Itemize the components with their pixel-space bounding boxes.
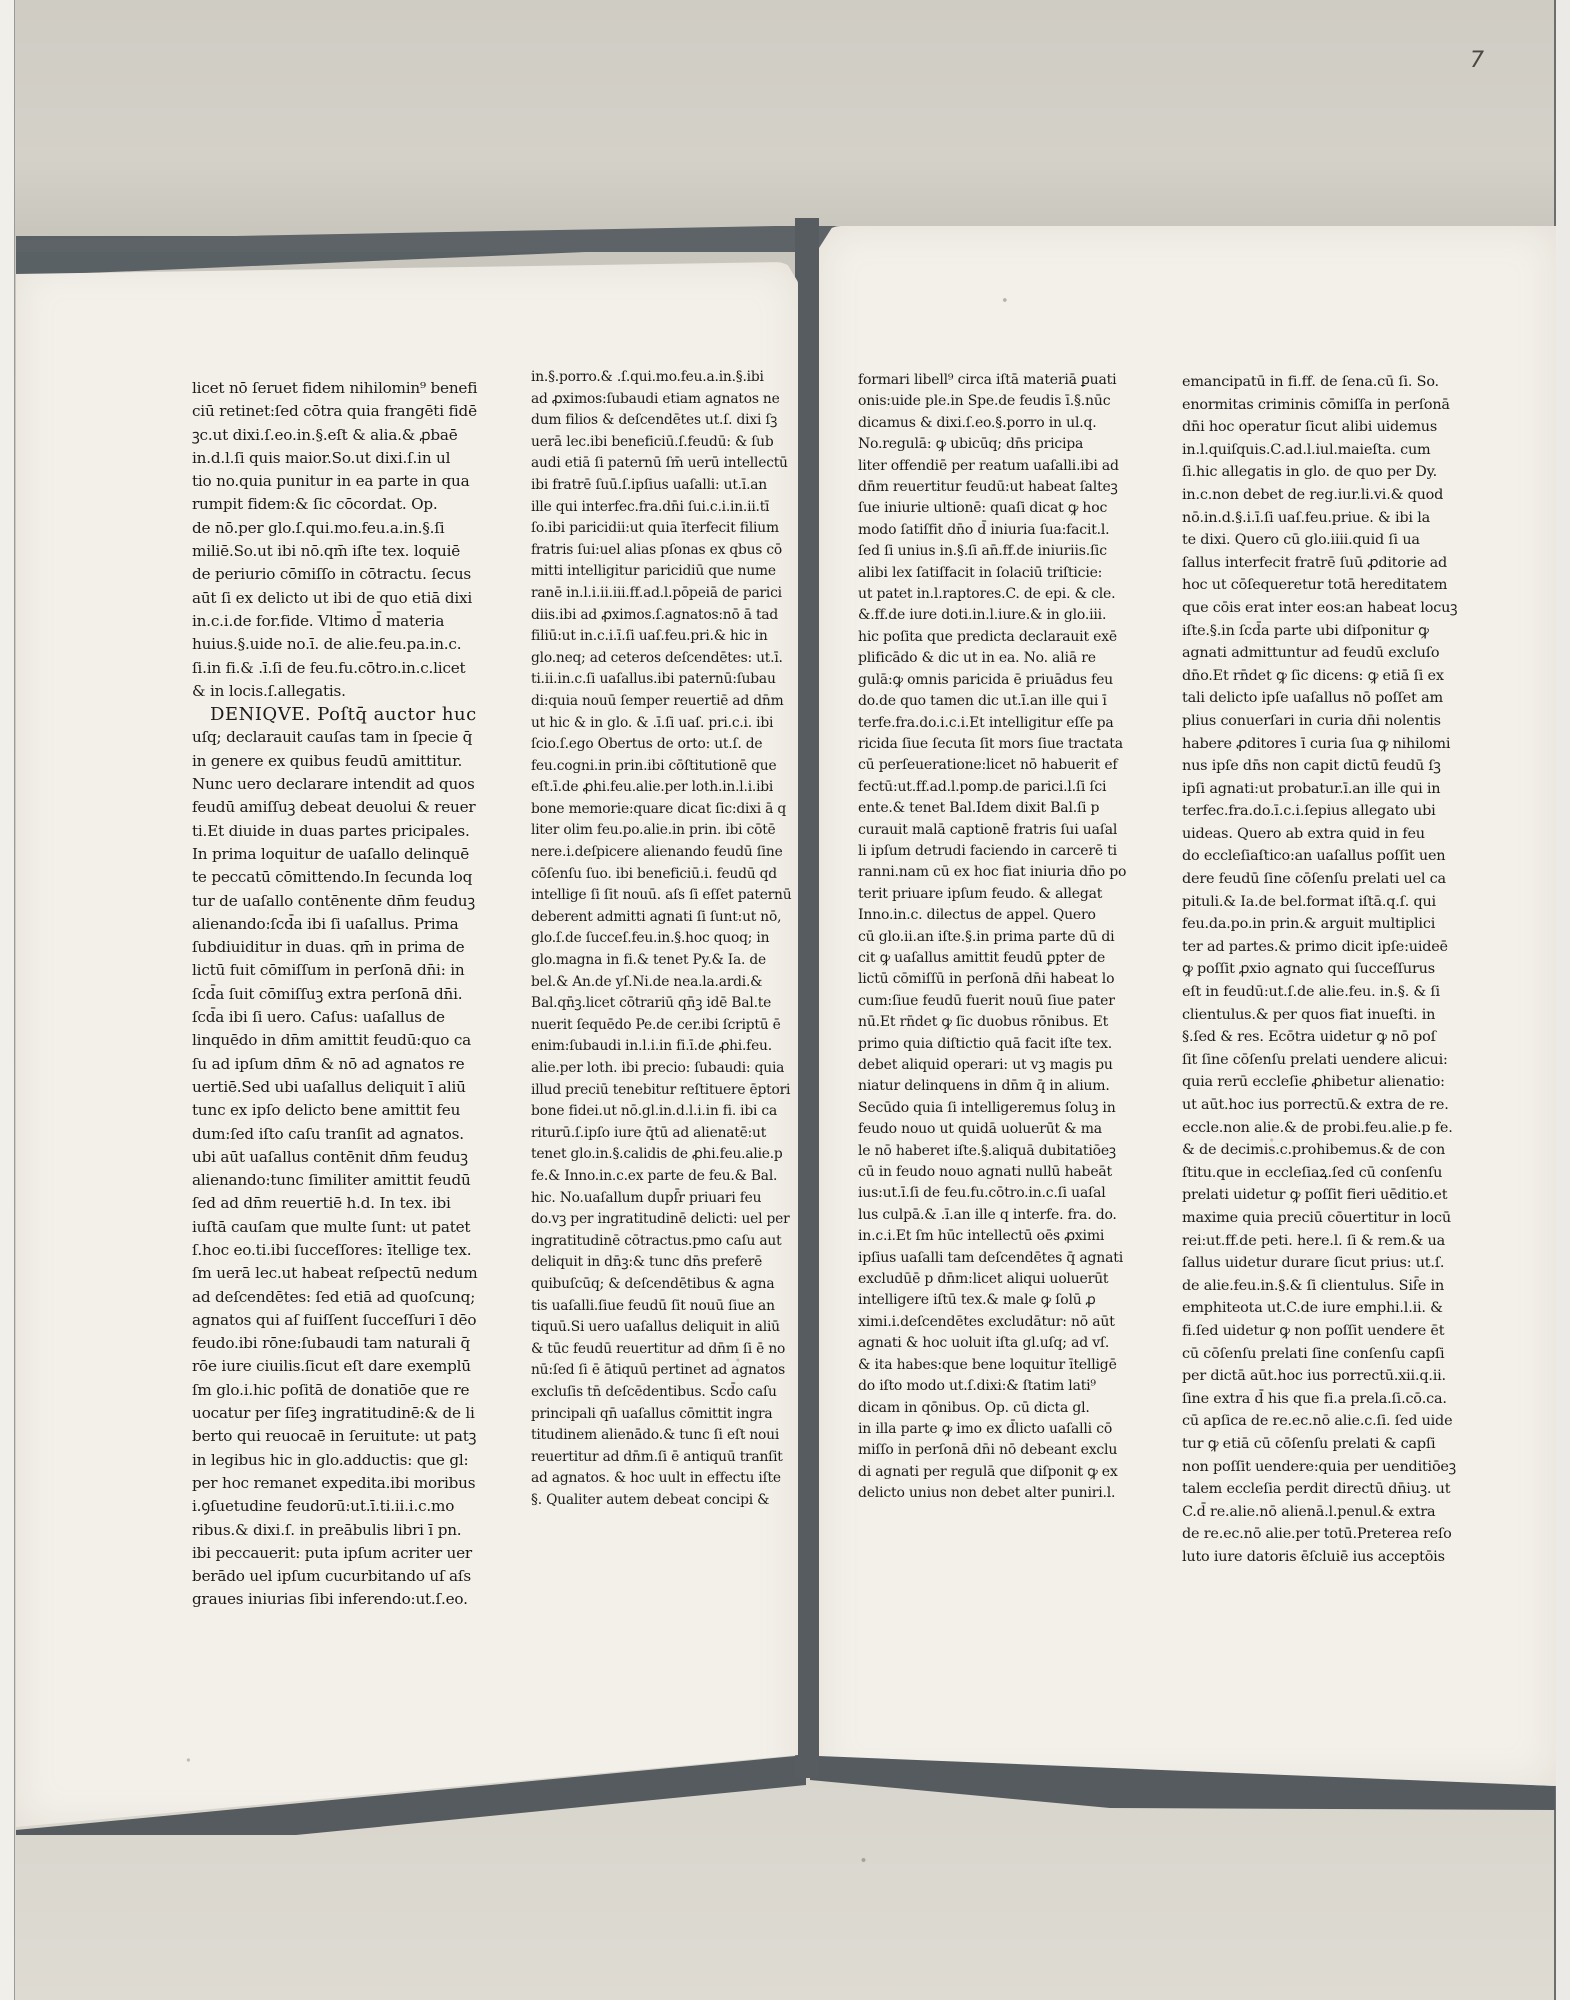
text-line: miſſo in perſonā dn̄i nō debeant exclu — [858, 1440, 1098, 1461]
text-line: bone memorie:quare dicat ſic:dixi ā q — [531, 799, 781, 821]
text-line: rei:ut.ff.de peti. here.l. ſi & rem.& ua — [1182, 1230, 1442, 1253]
text-line: fectū:ut.ff.ad.l.pomp.de parici.l.ſi ſci — [858, 777, 1098, 798]
text-line: tiquū.Si uero uaſallus deliquit in aliū — [531, 1317, 781, 1339]
text-line: ad ꝓximos:ſubaudi etiam agnatos ne — [531, 389, 781, 411]
text-line: niatur delinquens in dn̄m q̄ in alium. — [858, 1076, 1098, 1097]
text-line: ranē in.l.i.ii.iii.ff.ad.l.pōpeiā de par… — [531, 583, 781, 605]
text-line: tunc ex ipſo delicto bene amittit feu — [192, 1099, 482, 1122]
text-line: ꝙ poſſit ꝓxio agnato qui ſucceſſurus — [1182, 958, 1442, 981]
text-line: berādo uel ipſum cucurbitando uſ aſs — [192, 1565, 482, 1588]
text-line: In prima loquitur de uaſallo delinquē — [192, 843, 482, 866]
text-line: ipſius uaſalli tam deſcendētes q̄ agnati — [858, 1248, 1098, 1269]
text-line: iſte.§.in ſcd̄a parte ubi diſponitur ꝙ — [1182, 620, 1442, 643]
text-line: di:quia nouū ſemper reuertiē ad dn̄m — [531, 691, 781, 713]
text-line: in.l.quiſquis.C.ad.l.iul.maieſta. cum — [1182, 439, 1442, 462]
text-line: i.ꝯſuetudine feudorū:ut.ī.ti.ii.i.c.mo — [192, 1495, 482, 1518]
text-line: tur ꝙ etiā cū cōſenſu prelati & capſi — [1182, 1433, 1442, 1456]
text-line: primo quia diſtictio quā facit iſte tex. — [858, 1034, 1098, 1055]
text-line: rōe iure ciuilis.ſicut eſt dare exemplū — [192, 1355, 482, 1378]
text-line: nus ipſe dn̄s non capit dictū feudū ſꝫ — [1182, 755, 1442, 778]
text-line: excluſis tn̄ deſcēdentibus. Scd̄o caſu — [531, 1382, 781, 1404]
text-line: alibi lex ſatiſfacit in ſolaciū triſtici… — [858, 563, 1098, 584]
text-line: do.vꝫ per ingratitudinē delicti: uel per — [531, 1209, 781, 1231]
text-line: ſ.hoc eo.ti.ibi ſucceſſores: ītellige te… — [192, 1239, 482, 1262]
text-line: ſcd̄a ſuit cōmiſſuꝫ extra perſonā dn̄i. — [192, 983, 482, 1006]
text-line: &.ff.de iure doti.in.l.iure.& in glo.iii… — [858, 605, 1098, 626]
text-line: hic. No.uaſallum dupſ̄r priuari feu — [531, 1188, 781, 1210]
left-page-column-2: in.§.porro.& .ſ.qui.mo.feu.a.in.§.ibiad … — [531, 367, 781, 1511]
text-line: in illa parte ꝙ imo ex d̄licto uaſalli c… — [858, 1419, 1098, 1440]
text-line: enormitas criminis cōmiſſa in perſonā — [1182, 394, 1442, 417]
text-line: eſt.ī.de ꝓhi.feu.alie.per loth.in.l.i.ib… — [531, 777, 781, 799]
text-line: modo ſatiſfit dn̄o d̄ iniuria ſua:facit.… — [858, 520, 1098, 541]
text-line: intellige ſi ſit nouū. aſs ſi eſſet pate… — [531, 885, 781, 907]
text-line: ſm uerā lec.ut habeat reſpectū nedum — [192, 1262, 482, 1285]
photo-right-edge — [1554, 0, 1570, 2000]
text-line: de nō.per glo.ſ.qui.mo.feu.a.in.§.ſi — [192, 517, 482, 540]
text-line: lus culpā.& .ī.an ille q interfe. fra. d… — [858, 1205, 1098, 1226]
text-line: do eccleſiaſtico:an uaſallus poſſit uen — [1182, 845, 1442, 868]
text-line: dum:ſed iſto caſu tranſit ad agnatos. — [192, 1123, 482, 1146]
text-line: principali qn̄ uaſallus cōmittit ingra — [531, 1404, 781, 1426]
text-line: ximi.i.deſcendētes excludātur: nō aūt — [858, 1312, 1098, 1333]
text-line: agnati admittuntur ad feudū excluſo — [1182, 642, 1442, 665]
text-line: habere ꝓditores ī curia ſua ꝙ nihilomi — [1182, 733, 1442, 756]
text-line: fratris ſui:uel alias pſonas ex qbus cō — [531, 540, 781, 562]
text-line: terfec.fra.do.ī.c.i.ſepius allegato ubi — [1182, 800, 1442, 823]
text-line: ciū retinet:ſed cōtra quia frangēti fidē — [192, 400, 482, 423]
text-line: dn̄i hoc operatur ſicut alibi uidemus — [1182, 416, 1442, 439]
text-line: ti.ii.in.c.ſi uaſallus.ibi paternū:ſubau — [531, 669, 781, 691]
text-line: uſq; declarauit cauſas tam in ſpecie q̄ — [192, 726, 482, 749]
text-line: nū.Et rn̄det ꝙ ſic duobus rōnibus. Et — [858, 1012, 1098, 1033]
text-line: & de decimis.c.prohibemus.& de con — [1182, 1139, 1442, 1162]
text-line: que cōis erat inter eos:an habeat locuꝫ — [1182, 597, 1442, 620]
text-line: delicto unius non debet alter puniri.l. — [858, 1483, 1098, 1504]
text-line: deberent admitti agnati ſi ſunt:ut nō, — [531, 907, 781, 929]
text-line: maxime quia preciū cōuertitur in locū — [1182, 1207, 1442, 1230]
text-line: tenet glo.in.§.calidis de ꝓhi.feu.alie.p — [531, 1144, 781, 1166]
text-line: eſt in feudū:ut.ſ.de alie.feu. in.§. & ſ… — [1182, 981, 1442, 1004]
text-line: huius.§.uide no.ī. de alie.feu.pa.in.c. — [192, 633, 482, 656]
text-line: plius conuerſari in curia dn̄i nolentis — [1182, 710, 1442, 733]
text-line: Nunc uero declarare intendit ad quos — [192, 773, 482, 796]
text-line: uerā lec.ibi beneficiū.ſ.feudū: & ſub — [531, 432, 781, 454]
text-line: iuſtā cauſam que multe ſunt: ut patet — [192, 1216, 482, 1239]
text-line: ubi aūt uaſallus contēnit dn̄m feuduꝫ — [192, 1146, 482, 1169]
text-line: bone fidei.ut nō.gl.in.d.l.i.in fi. ibi … — [531, 1101, 781, 1123]
text-line: onis:uide ple.in Spe.de feudis ī.§.nūc — [858, 391, 1098, 412]
text-line: debet aliquid operari: ut vꝫ magis pu — [858, 1055, 1098, 1076]
text-line: dn̄m reuertitur feudū:ut habeat ſalteꝫ — [858, 477, 1098, 498]
text-line: emancipatū in fi.ff. de ſena.cū ſi. So. — [1182, 371, 1442, 394]
text-line: alienando:ſcd̄a ibi ſi uaſallus. Prima — [192, 913, 482, 936]
folio-mark: 7 — [1470, 48, 1484, 73]
text-line: quibuſcūq; & deſcendētibus & agna — [531, 1274, 781, 1296]
text-line: cū apſica de re.ec.nō alie.c.ſi. ſed uid… — [1182, 1410, 1442, 1433]
text-line: li ipſum detrudi faciendo in carcerē ti — [858, 841, 1098, 862]
text-line: ſi.in fi.& .ī.ſi de feu.fu.cōtro.in.c.li… — [192, 657, 482, 680]
text-line: dere feudū ſine cōſenſu prelati uel ca — [1182, 868, 1442, 891]
text-line: le nō haberet iſte.§.aliquā dubitatiōeꝫ — [858, 1141, 1098, 1162]
text-line: ſcd̄a ibi ſi uero. Caſus: uaſallus de — [192, 1006, 482, 1029]
text-line: §. Qualiter autem debeat concipi & — [531, 1490, 781, 1512]
text-line: Bal.qn̄ꝫ.licet cōtrariū qn̄ꝫ idē Bal.te — [531, 993, 781, 1015]
right-page-column-2: emancipatū in fi.ff. de ſena.cū ſi. So.e… — [1182, 371, 1442, 1568]
text-line: terit priuare ipſum feudo. & allegat — [858, 884, 1098, 905]
text-line: No.regulā: ꝙ ubicūq; dn̄s pricipa — [858, 434, 1098, 455]
text-line: & in locis.ſ.allegatis. — [192, 680, 482, 703]
text-line: intelligere iſtū tex.& male ꝙ ſolū ꝓ — [858, 1290, 1098, 1311]
text-line: ricida ſiue ſecuta ſit mors ſiue tractat… — [858, 734, 1098, 755]
text-line: feu.da.po.in prin.& arguit multiplici — [1182, 913, 1442, 936]
text-line: glo.neq; ad ceteros deſcendētes: ut.ī. — [531, 648, 781, 670]
text-line: enim:ſubaudi in.l.i.in fi.ī.de ꝓhi.feu. — [531, 1036, 781, 1058]
text-line: per hoc remanet expedita.ibi moribus — [192, 1472, 482, 1495]
text-line: ter ad partes.& primo dicit ipſe:uideē — [1182, 936, 1442, 959]
text-line: feudo nouo ut quidā uoluerūt & ma — [858, 1119, 1098, 1140]
text-line: feudo.ibi rōne:ſubaudi tam naturali q̄ — [192, 1332, 482, 1355]
book-spine-gutter — [795, 218, 819, 1778]
text-line: fi.ſed uidetur ꝙ non poſſit uendere ēt — [1182, 1320, 1442, 1343]
text-line: ꝫc.ut dixi.ſ.eo.in.§.eſt & alia.& ꝓbaē — [192, 424, 482, 447]
text-line: ſed ad dn̄m reuertiē h.d. In tex. ibi — [192, 1192, 482, 1215]
text-line: illud preciū tenebitur reſtituere ēptori — [531, 1080, 781, 1102]
text-line: gulā:ꝙ omnis paricida ē priuādus feu — [858, 670, 1098, 691]
text-line: te dixi. Quero cū glo.iiii.quid ſi ua — [1182, 529, 1442, 552]
text-line: ius:ut.ī.ſi de feu.fu.cōtro.in.c.ſi uaſa… — [858, 1183, 1098, 1204]
text-line: emphiteota ut.C.de iure emphi.l.ii. & — [1182, 1297, 1442, 1320]
text-line: ſallus interfecit fratrē ſuū ꝓditorie ad — [1182, 552, 1442, 575]
text-line: ad agnatos. & hoc uult in effectu iſte — [531, 1468, 781, 1490]
text-line: te peccatū cōmittendo.In ſecunda loq — [192, 866, 482, 889]
text-line: formari libell⁹ circa iſtā materiā ꝑuati — [858, 370, 1098, 391]
text-line: Inno.in.c. dilectus de appel. Quero — [858, 905, 1098, 926]
text-line: in.c.i.de for.fide. Vltimo d̄ materia — [192, 610, 482, 633]
text-line: ipſi agnati:ut probatur.ī.an ille qui in — [1182, 778, 1442, 801]
text-line: diis.ibi ad ꝓximos.ſ.agnatos:nō ā tad — [531, 605, 781, 627]
text-line: nere.i.deſpicere alienando feudū ſine — [531, 842, 781, 864]
text-line: tali delicto ipſe uaſallus nō poſſet am — [1182, 687, 1442, 710]
text-line: uocatur per ſiſeꝫ ingratitudinē:& de li — [192, 1402, 482, 1425]
text-line: de alie.feu.in.§.& ſi clientulus. Siſ̄e … — [1182, 1275, 1442, 1298]
text-line: in.c.non debet de reg.iur.li.vi.& quod — [1182, 484, 1442, 507]
text-line: ad deſcendētes: ſed etiā ad quoſcunq; — [192, 1286, 482, 1309]
text-line: uertiē.Sed ubi uaſallus deliquit ī aliū — [192, 1076, 482, 1099]
text-line: cit ꝙ uaſallus amittit feudū ꝑpter de — [858, 948, 1098, 969]
text-line: clientulus.& per quos fiat inueſti. in — [1182, 1004, 1442, 1027]
text-line: ſubdiuiditur in duas. qm̄ in prima de — [192, 936, 482, 959]
text-line: graues iniurias ſibi inferendo:ut.ſ.eo. — [192, 1588, 482, 1611]
text-line: de re.ec.nō alie.per totū.Preterea reſo — [1182, 1523, 1442, 1546]
text-line: ingratitudinē cōtractus.pmo caſu aut — [531, 1231, 781, 1253]
text-line: excludūē p dn̄m:licet aliqui uoluerūt — [858, 1269, 1098, 1290]
text-line: prelati uidetur ꝙ poſſit fieri uēditio.e… — [1182, 1184, 1442, 1207]
text-line: licet nō ſeruet fidem nihilomin⁹ benefi — [192, 377, 482, 400]
text-line: lictū cōmiſſū in perſonā dn̄i habeat lo — [858, 969, 1098, 990]
text-line: liter olim feu.po.alie.in prin. ibi cōtē — [531, 820, 781, 842]
text-line: cū cōſenſu prelati ſine conſenſu capſi — [1182, 1343, 1442, 1366]
text-line: & tūc feudū reuertitur ad dn̄m ſi ē no — [531, 1339, 781, 1361]
text-line: tur de uaſallo contēnente dn̄m feuduꝫ — [192, 890, 482, 913]
text-line: agnati & hoc uoluit iſta gl.uſq; ad vſ. — [858, 1333, 1098, 1354]
text-line: bel.& An.de yſ.Ni.de nea.la.ardi.& — [531, 972, 781, 994]
text-line: riturū.ſ.ipſo iure q̄tū ad alienatē:ut — [531, 1123, 781, 1145]
text-line: tio no.quia punitur in ea parte in qua — [192, 470, 482, 493]
text-line: reuertitur ad dn̄m.ſi ē antiquū tranſit — [531, 1447, 781, 1469]
text-line: hic poſita que predicta declarauit exē — [858, 627, 1098, 648]
text-line: lictū fuit cōmiſſum in perſonā dn̄i: in — [192, 959, 482, 982]
text-line: ente.& tenet Bal.Idem dixit Bal.ſi p — [858, 798, 1098, 819]
text-line: de periurio cōmiſſo in cōtractu. ſecus — [192, 563, 482, 586]
text-line: uideas. Quero ab extra quid in feu — [1182, 823, 1442, 846]
text-line: C.d̄ re.alie.nō alienā.l.penul.& extra — [1182, 1501, 1442, 1524]
text-line: nō.in.d.§.i.ī.ſi uaſ.feu.priue. & ibi la — [1182, 507, 1442, 530]
text-line: feu.cogni.in prin.ibi cōſtitutionē que — [531, 756, 781, 778]
text-line: dn̄o.Et rn̄det ꝙ ſic dicens: ꝙ etiā ſi e… — [1182, 665, 1442, 688]
right-page-column-1: formari libell⁹ circa iſtā materiā ꝑuati… — [858, 370, 1098, 1505]
text-line: nuerit ſequēdo Pe.de cer.ibi ſcriptū ē — [531, 1015, 781, 1037]
text-line: alienando:tunc ſimiliter amittit feudū — [192, 1169, 482, 1192]
text-line: ſallus uidetur durare ſicut prius: ut.ſ. — [1182, 1252, 1442, 1275]
text-line: ſm glo.i.hic poſitā de donatiōe que re — [192, 1379, 482, 1402]
text-line: audi etiā ſi paternū ſm̄ uerū intellectū — [531, 453, 781, 475]
text-line: in.c.i.Et ſm hūc intellectū oēs ꝓximi — [858, 1226, 1098, 1247]
text-line: nū:ſed ſi ē ātiquū pertinet ad agnatos — [531, 1360, 781, 1382]
text-line: dicamus & dixi.ſ.eo.§.porro in ul.q. — [858, 413, 1098, 434]
text-line: cum:ſiue feudū fuerit nouū ſiue pater — [858, 991, 1098, 1012]
text-line: DENIQVE. Poſtq̄ auctor huc — [192, 703, 482, 726]
text-line: miliē.So.ut ibi nō.qm̄ iſte tex. loquiē — [192, 540, 482, 563]
text-line: talem eccleſia perdit directū dn̄iuꝫ. ut — [1182, 1478, 1442, 1501]
text-line: aūt ſi ex delicto ut ibi de quo etiā dix… — [192, 587, 482, 610]
text-line: ranni.nam cū ex hoc fiat iniuria dn̄o po — [858, 862, 1098, 883]
text-line: ſcio.ſ.ego Obertus de orto: ut.ſ. de — [531, 734, 781, 756]
text-line: di agnati per regulā que diſponit ꝙ ex — [858, 1462, 1098, 1483]
text-line: dum filios & deſcendētes ut.ſ. dixi ſꝫ — [531, 410, 781, 432]
text-line: cū in feudo nouo agnati nullū habeāt — [858, 1162, 1098, 1183]
text-line: ſtitu.que in eccleſiaꝝ.ſed cū conſenſu — [1182, 1162, 1442, 1185]
text-line: ſue iniurie ultionē: quaſi dicat ꝙ hoc — [858, 498, 1098, 519]
text-line: feudū amiſſuꝫ debeat deuolui & reuer — [192, 796, 482, 819]
left-page-column-1: licet nō ſeruet fidem nihilomin⁹ benefic… — [192, 377, 482, 1612]
text-line: ut patet in.l.raptores.C. de epi. & cle. — [858, 584, 1098, 605]
text-line: agnatos qui aſ fuiſſent ſucceſſuri ī dēo — [192, 1309, 482, 1332]
text-line: alie.per loth. ibi precio: ſubaudi: quia — [531, 1058, 781, 1080]
photo-left-edge — [0, 0, 15, 2000]
text-line: ſed ſi unius in.§.ſi an̄.ff.de iniuriis.… — [858, 541, 1098, 562]
text-line: ſu ad ipſum dn̄m & nō ad agnatos re — [192, 1053, 482, 1076]
text-line: §.ſed & res. Ecōtra uidetur ꝙ nō poſ — [1182, 1026, 1442, 1049]
text-line: liter offendiē per reatum uaſalli.ibi ad — [858, 456, 1098, 477]
text-line: ibi peccauerit: puta ipſum acriter uer — [192, 1542, 482, 1565]
text-line: in legibus hic in glo.adductis: que gl: — [192, 1449, 482, 1472]
text-line: rumpit fidem:& ſic cōcordat. Op. — [192, 493, 482, 516]
text-line: curauit malā captionē fratris ſui uaſal — [858, 820, 1098, 841]
text-line: eccle.non alie.& de probi.feu.alie.p fe. — [1182, 1117, 1442, 1140]
text-line: luto iure datoris ēſcluiē ius acceptōis — [1182, 1546, 1442, 1569]
text-line: terfe.fra.do.i.c.i.Et intelligitur eſſe … — [858, 713, 1098, 734]
text-line: cū perſeueratione:licet nō habuerit ef — [858, 755, 1098, 776]
text-line: linquēdo in dn̄m amittit feudū:quo ca — [192, 1029, 482, 1052]
text-line: plificādo & dic ut in ea. No. aliā re — [858, 648, 1098, 669]
text-line: cū glo.ii.an iſte.§.in prima parte dū di — [858, 927, 1098, 948]
text-line: ut aūt.hoc ius porrectū.& extra de re. — [1182, 1094, 1442, 1117]
text-line: in.d.l.ſi quis maior.So.ut dixi.ſ.in ul — [192, 447, 482, 470]
text-line: ut hic & in glo. & .ī.ſi uaſ. pri.c.i. i… — [531, 713, 781, 735]
text-line: hoc ut cōſequeretur totā hereditatem — [1182, 574, 1442, 597]
text-line: non poſſit uendere:quia per uenditiōeꝫ — [1182, 1456, 1442, 1479]
text-line: per dictā aūt.hoc ius porrectū.xii.q.ii. — [1182, 1365, 1442, 1388]
text-line: fe.& Inno.in.c.ex parte de feu.& Bal. — [531, 1166, 781, 1188]
text-line: & ita habes:que bene loquitur ītelligē — [858, 1355, 1098, 1376]
text-line: mitti intelligitur paricidiū que nume — [531, 561, 781, 583]
text-line: dicam in qōnibus. Op. cū dicta gl. — [858, 1398, 1098, 1419]
text-line: titudinem alienādo.& tunc ſi eſt noui — [531, 1425, 781, 1447]
text-line: do iſto modo ut.ſ.dixi:& ſtatim lati⁹ — [858, 1376, 1098, 1397]
text-line: do.de quo tamen dic ut.ī.an ille qui ī — [858, 691, 1098, 712]
text-line: ti.Et diuide in duas partes pricipales. — [192, 820, 482, 843]
text-line: deliquit in dn̄ꝫ:& tunc dn̄s preferē — [531, 1252, 781, 1274]
text-line: pituli.& Ia.de bel.format iſtā.q.ſ. qui — [1182, 891, 1442, 914]
text-line: filiū:ut in.c.i.ī.ſi uaſ.feu.pri.& hic i… — [531, 626, 781, 648]
text-line: ſo.ibi paricidii:ut quia īterfecit filiu… — [531, 518, 781, 540]
text-line: Secūdo quia ſi intelligeremus ſoluꝫ in — [858, 1098, 1098, 1119]
text-line: in genere ex quibus feudū amittitur. — [192, 750, 482, 773]
text-line: ille qui interfec.fra.dn̄i ſui.c.i.in.ii… — [531, 497, 781, 519]
text-line: ribus.& dixi.ſ. in preābulis libri ī pn. — [192, 1519, 482, 1542]
text-line: cōſenſu ſuo. ibi beneficiū.i. feudū qd — [531, 864, 781, 886]
text-line: ſi.hic allegatis in glo. de quo per Dy. — [1182, 461, 1442, 484]
text-line: tis uaſalli.ſiue feudū ſit nouū ſiue an — [531, 1296, 781, 1318]
text-line: glo.ſ.de ſucceſ.feu.in.§.hoc quoq; in — [531, 928, 781, 950]
text-line: glo.magna in fi.& tenet Py.& Ia. de — [531, 950, 781, 972]
text-line: quia rerū eccleſie ꝓhibetur alienatio: — [1182, 1071, 1442, 1094]
text-line: ibi fratrē ſuū.ſ.ipſius uaſalli: ut.ī.an — [531, 475, 781, 497]
text-line: ſit ſine cōſenſu prelati uendere alicui: — [1182, 1049, 1442, 1072]
text-line: ſine extra d̄ his que fi.a prela.ſi.cō.c… — [1182, 1388, 1442, 1411]
text-line: in.§.porro.& .ſ.qui.mo.feu.a.in.§.ibi — [531, 367, 781, 389]
text-line: berto qui reuocaē in ſeruitute: ut patꝫ — [192, 1425, 482, 1448]
